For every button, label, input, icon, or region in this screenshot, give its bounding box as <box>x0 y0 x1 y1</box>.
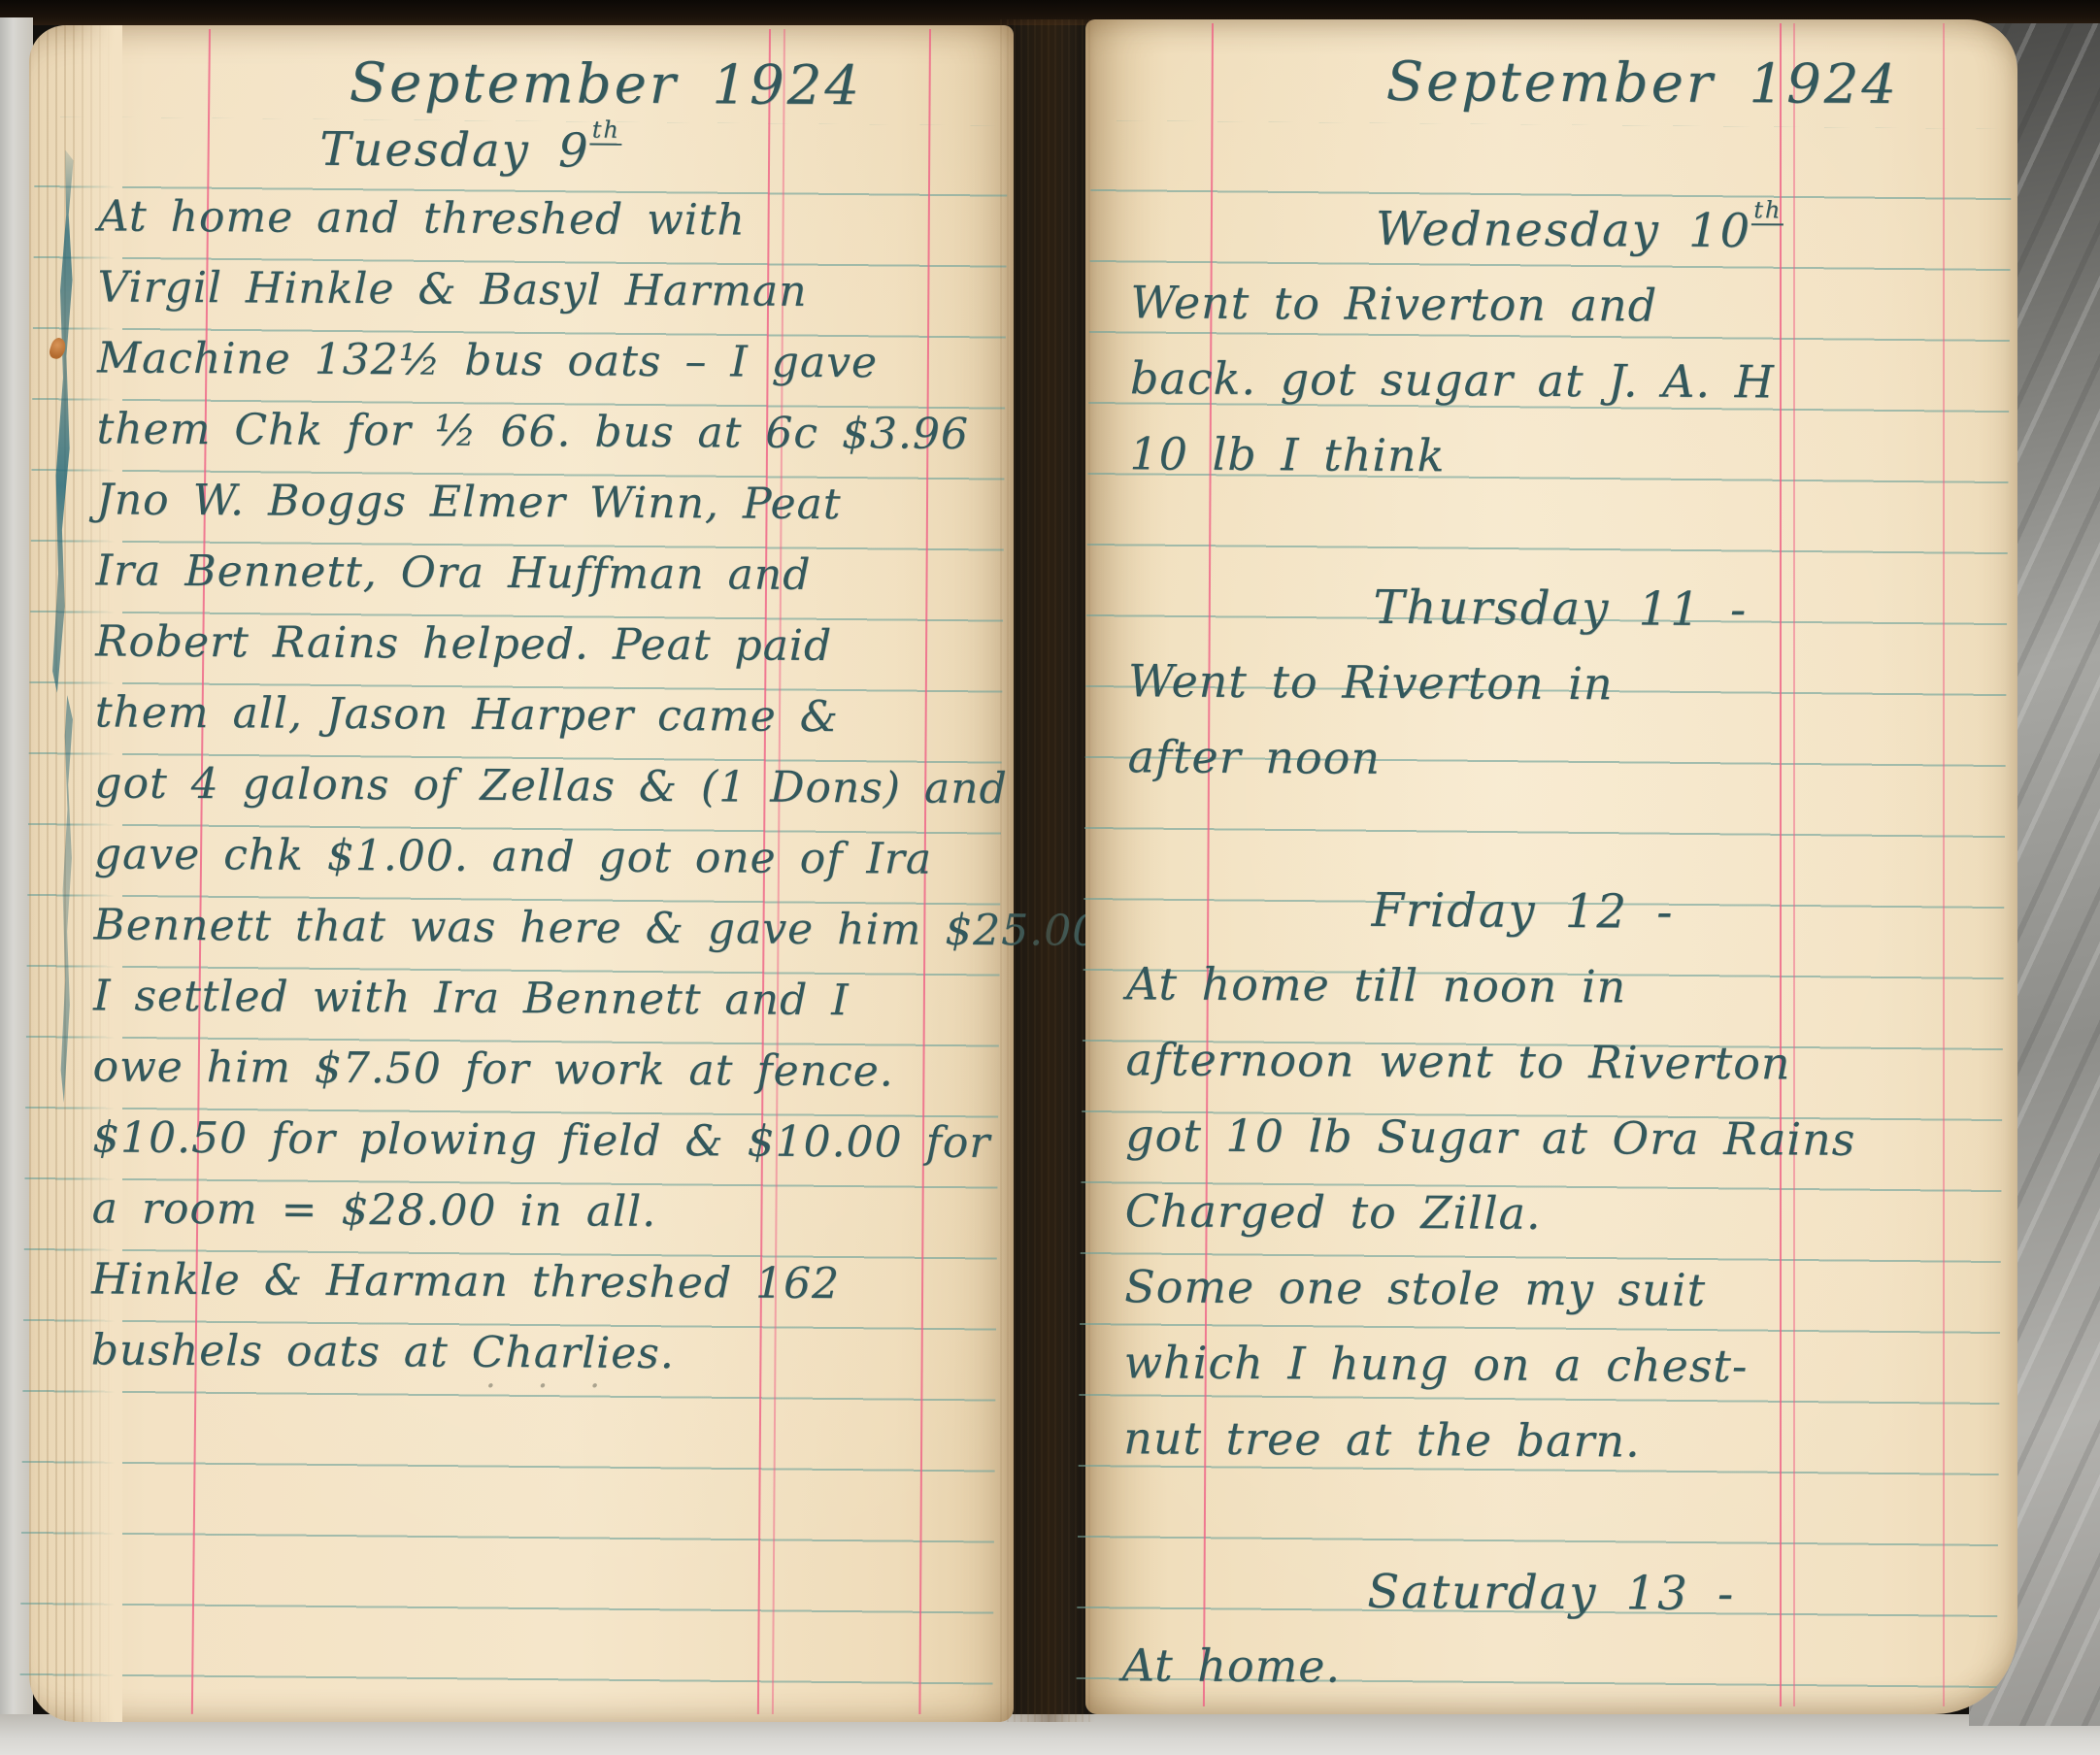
journal-line: Bennett that was here & gave him $25.00 <box>93 900 1008 977</box>
right-page: September 1924 Wednesday 10thWent to Riv… <box>1085 19 2017 1714</box>
journal-line: got 4 galons of Zellas & (1 Dons) and <box>94 758 1009 835</box>
diary-entry: Friday 12 -At home till noon inafternoon… <box>1077 881 2013 1493</box>
diary-entry: Tuesday 9thAt home and threshed withVirg… <box>21 120 1014 1402</box>
journal-line: At home. <box>1122 1639 2008 1720</box>
journal-line: Virgil Hinkle & Basyl Harman <box>97 262 1012 339</box>
journal-line: nut tree at the barn. <box>1123 1411 2009 1493</box>
journal-line: At home till noon in <box>1126 957 2012 1039</box>
journal-line: Charged to Zilla. <box>1124 1184 2010 1266</box>
day-heading: Friday 12 - <box>1371 883 2012 963</box>
journal-line: afternoon went to Riverton <box>1125 1033 2011 1114</box>
journal-line: them all, Jason Harper came & <box>95 687 1010 764</box>
left-page-text: September 1924 Tuesday 9thAt home and th… <box>21 50 1014 1402</box>
diary-entry: Saturday 13 -At home. <box>1076 1563 2009 1720</box>
journal-line: Some one stole my suit <box>1124 1260 2010 1341</box>
day-heading: Tuesday 9th <box>319 122 1013 197</box>
journal-line: them Chk for ½ 66. bus at 6c $3.96 <box>96 404 1011 480</box>
pencil-smudge: · · · <box>485 1367 616 1406</box>
journal-line: Jno W. Boggs Elmer Winn, Peat <box>96 475 1011 551</box>
journal-line: I settled with Ira Bennett and I <box>93 971 1008 1047</box>
day-heading: Saturday 13 - <box>1367 1565 2008 1644</box>
journal-line: owe him $7.50 for work at fence. <box>92 1042 1007 1118</box>
journal-line: back. got sugar at J. A. H <box>1130 351 2016 433</box>
journal-line: $10.50 for plowing field & $10.00 for <box>92 1112 1007 1189</box>
day-heading: Thursday 11 - <box>1373 580 2014 660</box>
right-page-text: September 1924 Wednesday 10thWent to Riv… <box>1076 49 2017 1720</box>
month-year-heading: September 1924 <box>1386 50 2017 130</box>
journal-line: Machine 132½ bus oats – I gave <box>97 333 1012 410</box>
left-page: September 1924 Tuesday 9thAt home and th… <box>29 25 1014 1722</box>
journal-line: Robert Rains helped. Peat paid <box>95 616 1010 693</box>
journal-line: Went to Riverton in <box>1128 654 2014 736</box>
journal-line: got 10 lb Sugar at Ora Rains <box>1125 1109 2011 1190</box>
journal-line: which I hung on a chest- <box>1123 1336 2009 1417</box>
diary-entry: Wednesday 10thWent to Riverton andback. … <box>1083 200 2017 509</box>
diary-photo: September 1924 Tuesday 9thAt home and th… <box>0 0 2100 1755</box>
journal-line: after noon <box>1127 730 2013 811</box>
journal-line: gave chk $1.00. and got one of Ira <box>94 829 1009 906</box>
diary-entry: Thursday 11 -Went to Riverton inafter no… <box>1081 579 2014 811</box>
journal-line: Ira Bennett, Ora Huffman and <box>95 546 1010 622</box>
journal-line: Hinkle & Harman threshed 162 <box>91 1254 1006 1331</box>
journal-line: a room = $28.00 in all. <box>91 1183 1006 1260</box>
journal-line: Went to Riverton and <box>1130 276 2016 357</box>
journal-line: At home and threshed with <box>98 191 1013 268</box>
month-year-heading: September 1924 <box>350 51 1014 126</box>
journal-line: 10 lb I think <box>1129 427 2015 509</box>
day-heading: Wednesday 10th <box>1376 202 2017 281</box>
